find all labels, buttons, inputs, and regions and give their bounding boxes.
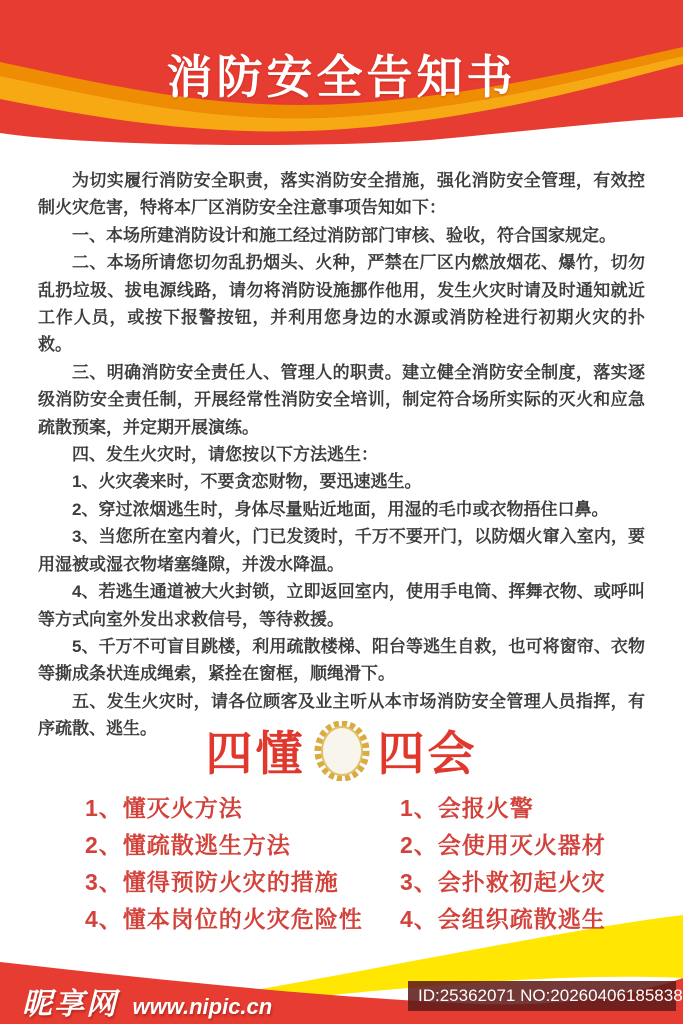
escape-step-2: 2、穿过浓烟逃生时，身体尽量贴近地面，用湿的毛巾或衣物捂住口鼻。 bbox=[38, 496, 645, 523]
notice-item-1: 一、本场所建消防设计和施工经过消防部门审核、验收，符合国家规定。 bbox=[38, 222, 645, 249]
can-list: 1、会报火警 2、会使用灭火器材 3、会扑救初起火灾 4、会组织疏散逃生 bbox=[400, 790, 606, 938]
can-item: 3、会扑救初起火灾 bbox=[400, 864, 606, 892]
escape-step-5: 5、千万不可盲目跳楼，利用疏散楼梯、阳台等逃生自救，也可将窗帘、衣物等撕成条状连… bbox=[38, 633, 645, 688]
can-item: 4、会组织疏散逃生 bbox=[400, 901, 606, 929]
watermark: 昵享网 www.nipic.cn bbox=[22, 979, 272, 1023]
gold-wreath-icon bbox=[314, 721, 370, 781]
know-item: 4、懂本岗位的火灾危险性 bbox=[85, 901, 363, 929]
notice-item-2: 二、本场所请您切勿乱扔烟头、火种，严禁在厂区内燃放烟花、爆竹，切勿乱扔垃圾、拔电… bbox=[38, 249, 645, 359]
four-know-four-can-heading: 四懂 四会 bbox=[0, 717, 683, 784]
stock-id-bar: ID:25362071 NO:20260406185838080101 bbox=[408, 981, 676, 1011]
escape-step-4: 4、若逃生通道被大火封锁，立即返回室内，使用手电筒、挥舞衣物、或呼叫等方式向室外… bbox=[38, 578, 645, 633]
poster-title: 消防安全告知书 bbox=[0, 50, 683, 105]
notice-body: 为切实履行消防安全职责，落实消防安全措施，强化消防安全管理，有效控制火灾危害，特… bbox=[38, 167, 645, 743]
know-item: 1、懂灭火方法 bbox=[85, 790, 363, 818]
heading-four-know: 四懂 bbox=[206, 717, 306, 784]
notice-item-3: 三、明确消防安全责任人、管理人的职责。建立健全消防安全制度，落实逐级消防安全责任… bbox=[38, 359, 645, 441]
escape-step-3: 3、当您所在室内着火，门已发烫时，千万不要开门，以防烟火窜入室内，要用湿被或湿衣… bbox=[38, 523, 645, 578]
watermark-url: www.nipic.cn bbox=[132, 994, 272, 1019]
watermark-site-name: 昵享网 bbox=[22, 988, 118, 1021]
heading-four-can: 四会 bbox=[378, 717, 478, 784]
know-item: 2、懂疏散逃生方法 bbox=[85, 827, 363, 855]
escape-step-1: 1、火灾袭来时，不要贪恋财物，要迅速逃生。 bbox=[38, 468, 645, 495]
intro-paragraph: 为切实履行消防安全职责，落实消防安全措施，强化消防安全管理，有效控制火灾危害，特… bbox=[38, 167, 645, 222]
can-item: 1、会报火警 bbox=[400, 790, 606, 818]
fire-safety-poster: 消防安全告知书 为切实履行消防安全职责，落实消防安全措施，强化消防安全管理，有效… bbox=[0, 0, 683, 1024]
can-item: 2、会使用灭火器材 bbox=[400, 827, 606, 855]
know-item: 3、懂得预防火灾的措施 bbox=[85, 864, 363, 892]
know-list: 1、懂灭火方法 2、懂疏散逃生方法 3、懂得预防火灾的措施 4、懂本岗位的火灾危… bbox=[85, 790, 363, 938]
notice-item-4: 四、发生火灾时，请您按以下方法逃生： bbox=[38, 441, 645, 468]
